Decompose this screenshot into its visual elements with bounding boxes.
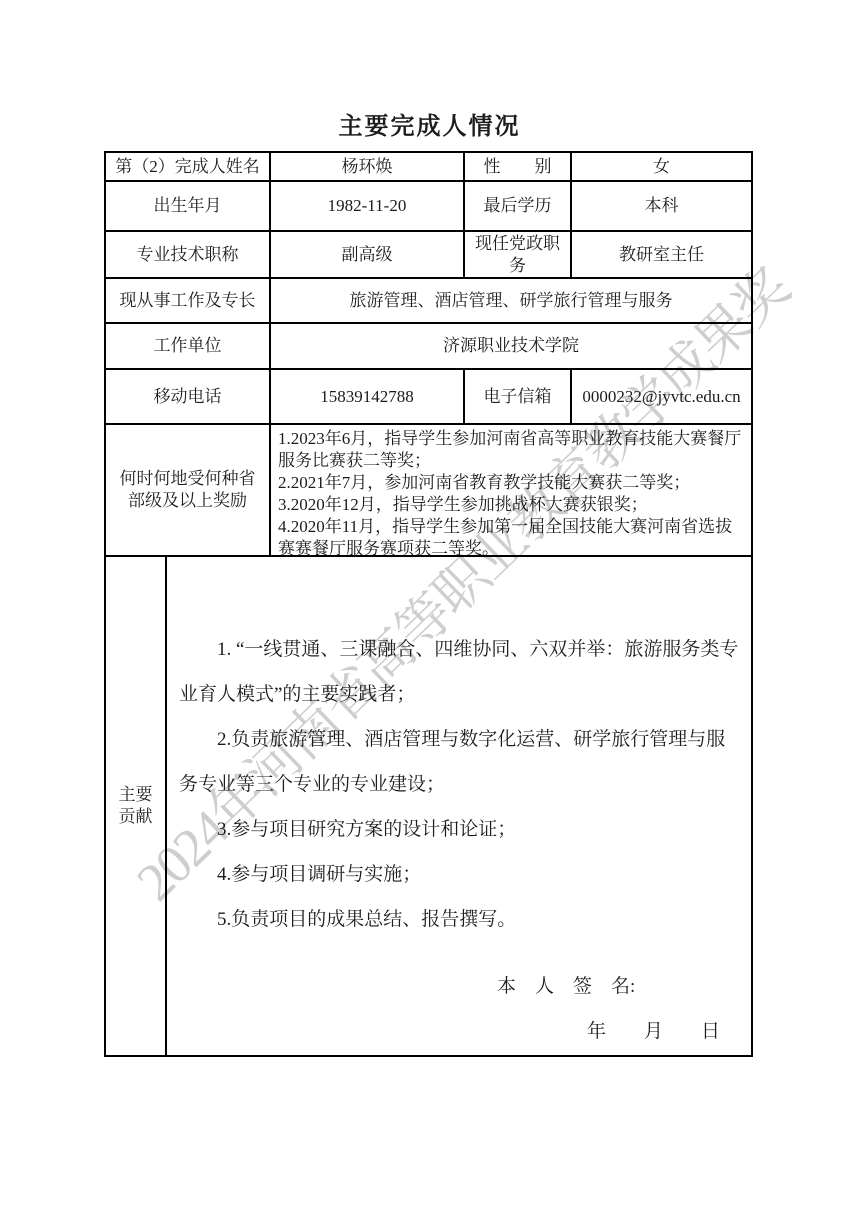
field-label-work-unit: 工作单位 [106, 324, 271, 368]
signature-label: 本 人 签 名: [179, 964, 741, 1009]
field-label-awards: 何时何地受何种省部级及以上奖励 [106, 425, 271, 555]
field-label-gender: 性 别 [465, 153, 572, 180]
page-title: 主要完成人情况 [0, 106, 859, 141]
field-value-completer-name: 杨环焕 [271, 153, 465, 180]
table-row-awards: 何时何地受何种省部级及以上奖励 1.2023年6月，指导学生参加河南省高等职业教… [106, 425, 751, 557]
contribution-item: 3.参与项目研究方案的设计和论证； [179, 807, 741, 852]
field-label-completer-name: 第（2）完成人姓名 [106, 153, 271, 180]
table-row-contact: 移动电话 15839142788 电子信箱 0000232@jyvtc.edu.… [106, 370, 751, 425]
contribution-item: 5.负责项目的成果总结、报告撰写。 [179, 897, 741, 942]
field-value-mobile-phone: 15839142788 [271, 370, 465, 423]
field-label-main-contribution: 主要贡献 [106, 557, 167, 1055]
table-row-title-position: 专业技术职称 副高级 现任党政职务 教研室主任 [106, 232, 751, 279]
field-value-gender: 女 [572, 153, 751, 180]
awards-list: 1.2023年6月，指导学生参加河南省高等职业教育技能大赛餐厅服务比赛获二等奖；… [271, 425, 751, 555]
field-label-mobile-phone: 移动电话 [106, 370, 271, 423]
field-value-current-work: 旅游管理、酒店管理、研学旅行管理与服务 [271, 279, 751, 322]
field-value-email: 0000232@jyvtc.edu.cn [572, 370, 751, 423]
field-label-last-education: 最后学历 [465, 182, 572, 230]
completer-info-table: 第（2）完成人姓名 杨环焕 性 别 女 出生年月 1982-11-20 最后学历… [104, 151, 753, 1057]
field-label-professional-title: 专业技术职称 [106, 232, 271, 277]
field-label-email: 电子信箱 [465, 370, 572, 423]
field-label-current-work: 现从事工作及专长 [106, 279, 271, 322]
table-row-specialty: 现从事工作及专长 旅游管理、酒店管理、研学旅行管理与服务 [106, 279, 751, 324]
award-item: 3.2020年12月，指导学生参加挑战杯大赛获银奖； [278, 494, 648, 516]
award-item: 1.2023年6月，指导学生参加河南省高等职业教育技能大赛餐厅服务比赛获二等奖； [278, 428, 745, 472]
award-item: 2.2021年7月，参加河南省教育教学技能大赛获二等奖； [278, 472, 690, 494]
field-value-work-unit: 济源职业技术学院 [271, 324, 751, 368]
field-value-birth-date: 1982-11-20 [271, 182, 465, 230]
field-value-party-position: 教研室主任 [572, 232, 751, 277]
contribution-item: 2.负责旅游管理、酒店管理与数字化运营、研学旅行管理与服务专业等三个专业的专业建… [179, 717, 741, 807]
table-row-work-unit: 工作单位 济源职业技术学院 [106, 324, 751, 370]
contributions-content: 1. “一线贯通、三课融合、四维协同、六双并举：旅游服务类专业育人模式”的主要实… [167, 557, 751, 1055]
date-label: 年 月 日 [179, 1009, 741, 1054]
field-label-party-position: 现任党政职务 [465, 232, 572, 277]
table-row-contributions: 主要贡献 1. “一线贯通、三课融合、四维协同、六双并举：旅游服务类专业育人模式… [106, 557, 751, 1055]
contribution-item: 1. “一线贯通、三课融合、四维协同、六双并举：旅游服务类专业育人模式”的主要实… [179, 627, 741, 717]
contribution-item: 4.参与项目调研与实施； [179, 852, 741, 897]
document-page: 2024年河南省高等职业教育教学成果奖 主要完成人情况 第（2）完成人姓名 杨环… [0, 0, 859, 1216]
field-value-last-education: 本科 [572, 182, 751, 230]
table-row-name-gender: 第（2）完成人姓名 杨环焕 性 别 女 [106, 153, 751, 182]
field-label-birth-date: 出生年月 [106, 182, 271, 230]
field-value-professional-title: 副高级 [271, 232, 465, 277]
table-row-birth-education: 出生年月 1982-11-20 最后学历 本科 [106, 182, 751, 232]
award-item: 4.2020年11月，指导学生参加第一届全国技能大赛河南省选拔赛赛餐厅服务赛项获… [278, 516, 745, 555]
